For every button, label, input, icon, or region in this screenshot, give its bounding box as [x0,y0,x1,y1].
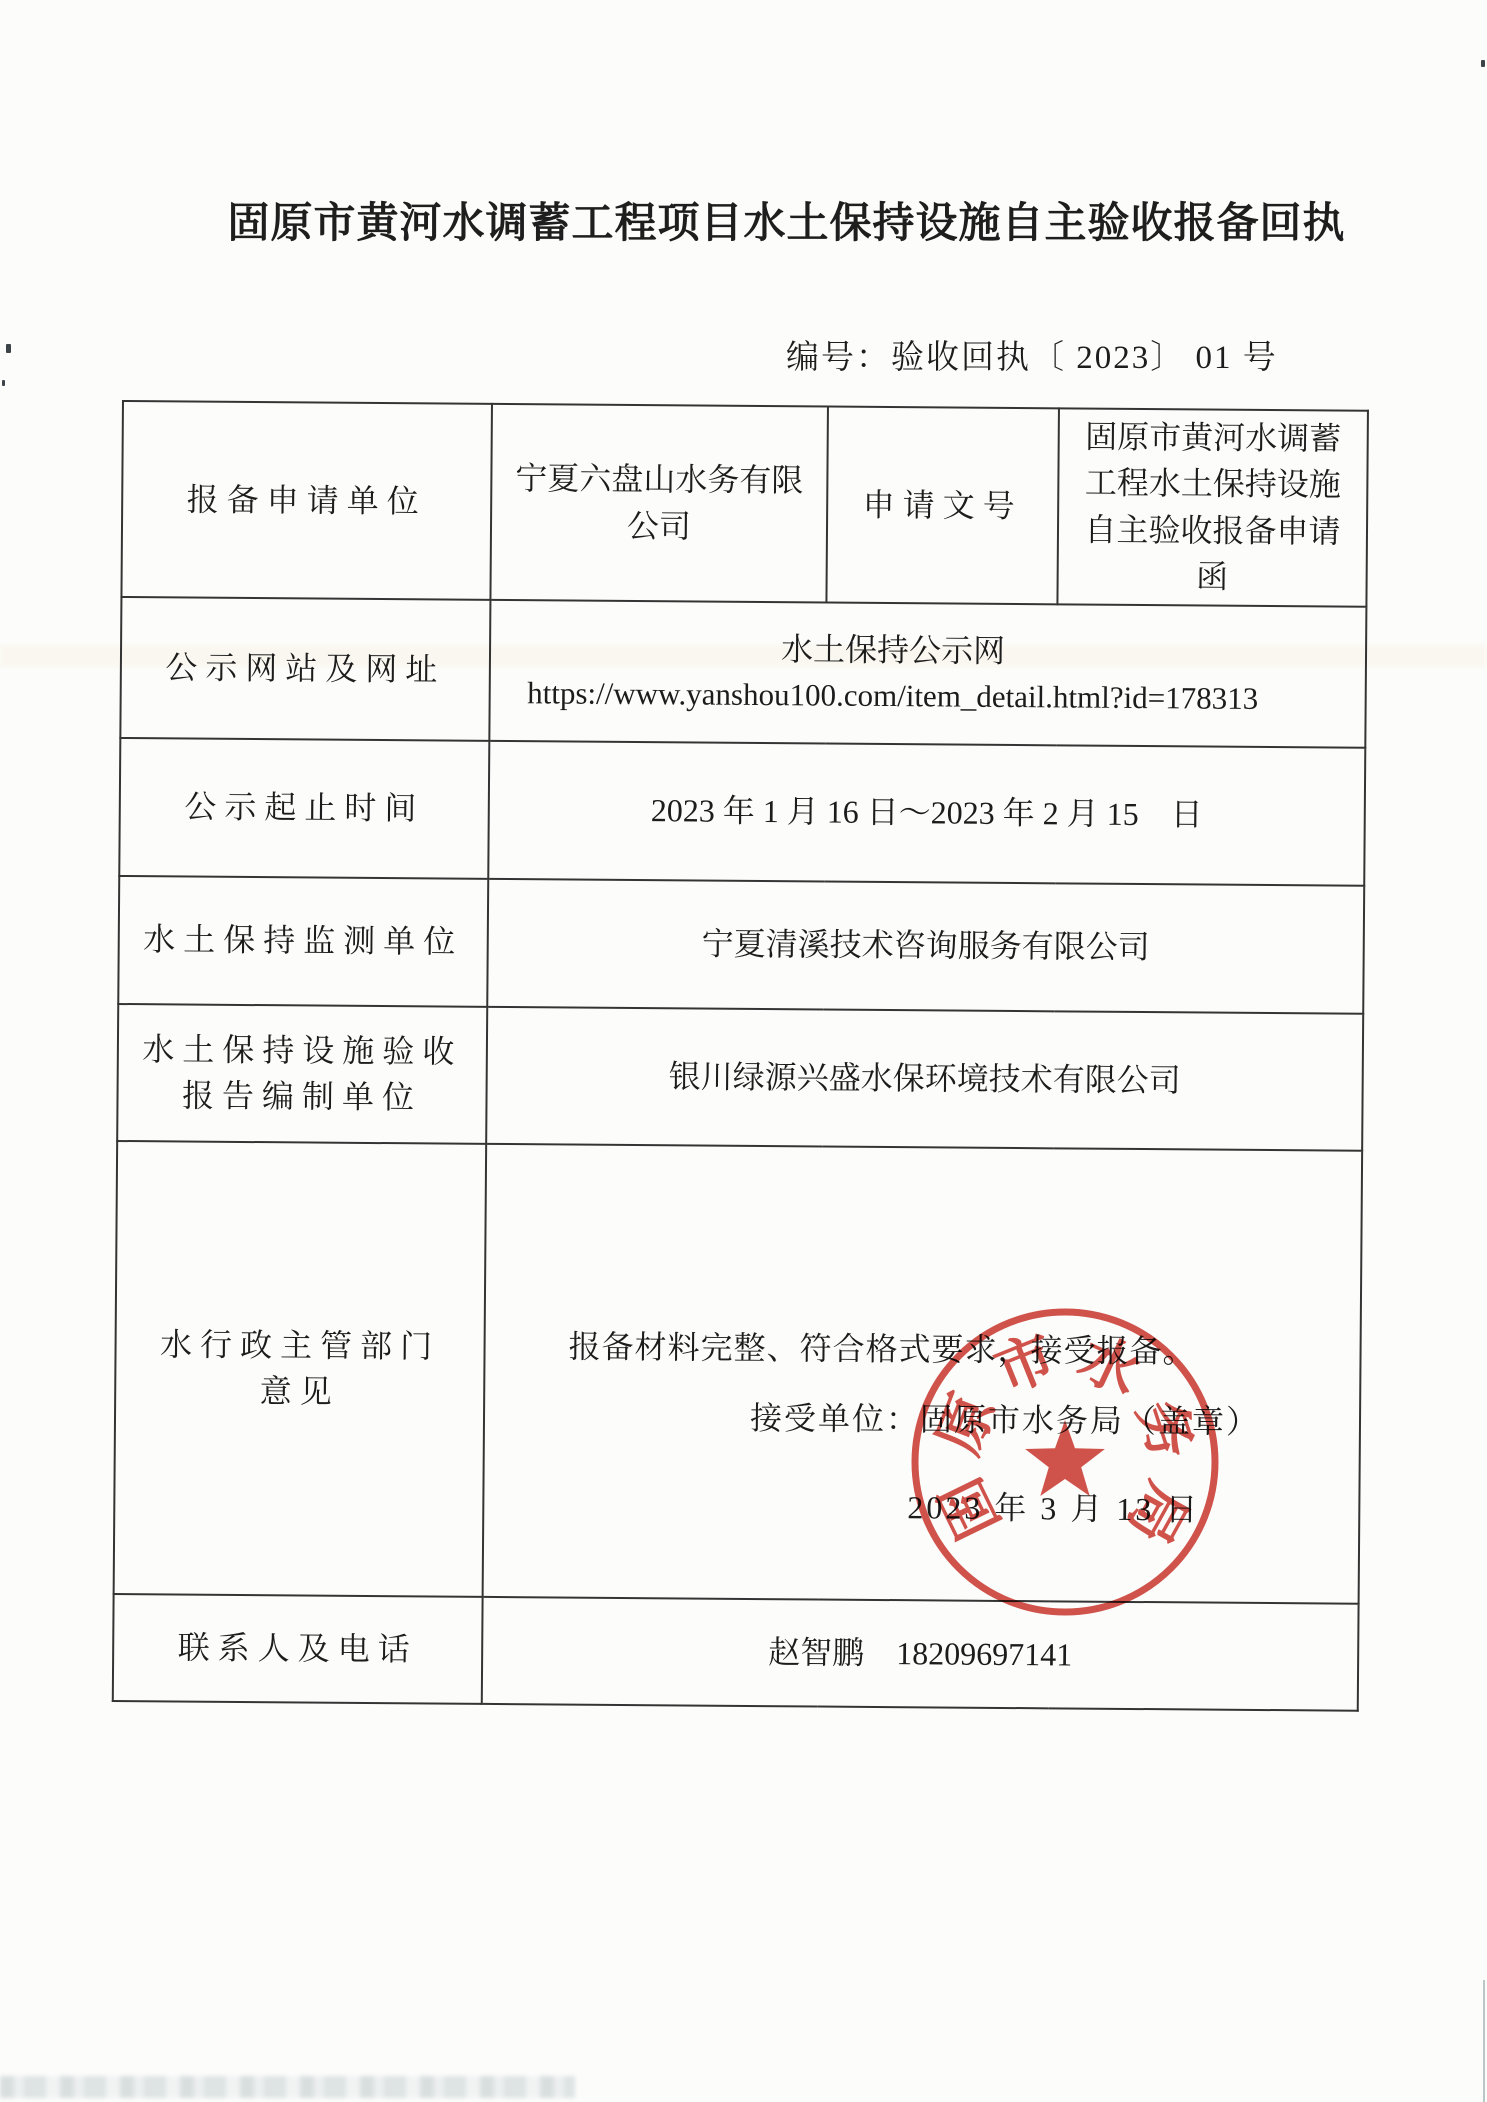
field-label-website: 公示网站及网址 [120,597,490,741]
field-label-contact: 联系人及电话 [113,1594,483,1704]
field-label-applicant: 报备申请单位 [121,401,492,599]
scan-speck [2,380,5,386]
publicity-url: https://www.yanshou100.com/item_detail.h… [501,671,1355,723]
scan-smudge-bottom [0,2076,575,2098]
accepting-unit-line: 接受单位：固原市水务局（盖章） [750,1395,1260,1445]
field-label-doc-ref: 申请文号 [826,407,1059,604]
field-label-monitoring-unit: 水土保持监测单位 [118,876,488,1007]
document-page: 固原市黄河水调蓄工程项目水土保持设施自主验收报备回执 编号：验收回执〔 2023… [0,0,1487,2102]
field-label-authority-line1: 水行政主管部门 [160,1326,440,1364]
field-value-authority-opinion: 报备材料完整、符合格式要求，接受报备。 接受单位：固原市水务局（盖章） 2023… [483,1143,1363,1603]
field-label-report-unit-line1: 水土保持设施验收 [142,1031,462,1070]
field-label-authority-opinion: 水行政主管部门 意见 [114,1141,487,1597]
field-label-authority-line2: 意见 [260,1373,340,1410]
table-row: 联系人及电话 赵智鹏 18209697141 [113,1594,1359,1711]
scan-speck [6,344,11,353]
field-value-period: 2023 年 1 月 16 日～2023 年 2 月 15 日 [488,740,1365,885]
table-row: 水行政主管部门 意见 报备材料完整、符合格式要求，接受报备。 接受单位：固原市水… [114,1141,1363,1604]
acceptance-date: 2023 年 3 月 13 日 [907,1484,1200,1533]
field-value-contact: 赵智鹏 18209697141 [482,1596,1359,1710]
table-row: 水土保持设施验收 报告编制单位 银川绿源兴盛水保环境技术有限公司 [117,1004,1363,1151]
field-value-website: 水土保持公示网 https://www.yanshou100.com/item_… [489,599,1366,747]
receipt-form-table: 报备申请单位 宁夏六盘山水务有限公司 申请文号 固原市黄河水调蓄工程水土保持设施… [112,400,1369,1711]
table-row: 水土保持监测单位 宁夏清溪技术咨询服务有限公司 [118,876,1364,1014]
scan-speck [1481,60,1485,67]
field-value-doc-ref: 固原市黄河水调蓄工程水土保持设施自主验收报备申请函 [1057,408,1368,606]
field-label-period: 公示起止时间 [119,738,489,879]
scan-edge-line [1483,1980,1485,2102]
document-number: 编号：验收回执〔 2023〕 01 号 [786,331,1278,378]
field-label-report-unit: 水土保持设施验收 报告编制单位 [117,1004,487,1144]
opinion-text: 报备材料完整、符合格式要求，接受报备。 [568,1323,1195,1374]
publicity-site-name: 水土保持公示网 [501,624,1355,677]
table-row: 报备申请单位 宁夏六盘山水务有限公司 申请文号 固原市黄河水调蓄工程水土保持设施… [121,401,1367,606]
table-row: 公示网站及网址 水土保持公示网 https://www.yanshou100.c… [120,597,1366,748]
field-value-applicant: 宁夏六盘山水务有限公司 [490,404,828,602]
field-value-report-unit: 银川绿源兴盛水保环境技术有限公司 [486,1006,1363,1150]
table-row: 公示起止时间 2023 年 1 月 16 日～2023 年 2 月 15 日 [119,738,1365,886]
field-value-monitoring-unit: 宁夏清溪技术咨询服务有限公司 [487,878,1364,1013]
field-label-report-unit-line2: 报告编制单位 [182,1078,422,1116]
document-title: 固原市黄河水调蓄工程项目水土保持设施自主验收报备回执 [0,190,1487,250]
